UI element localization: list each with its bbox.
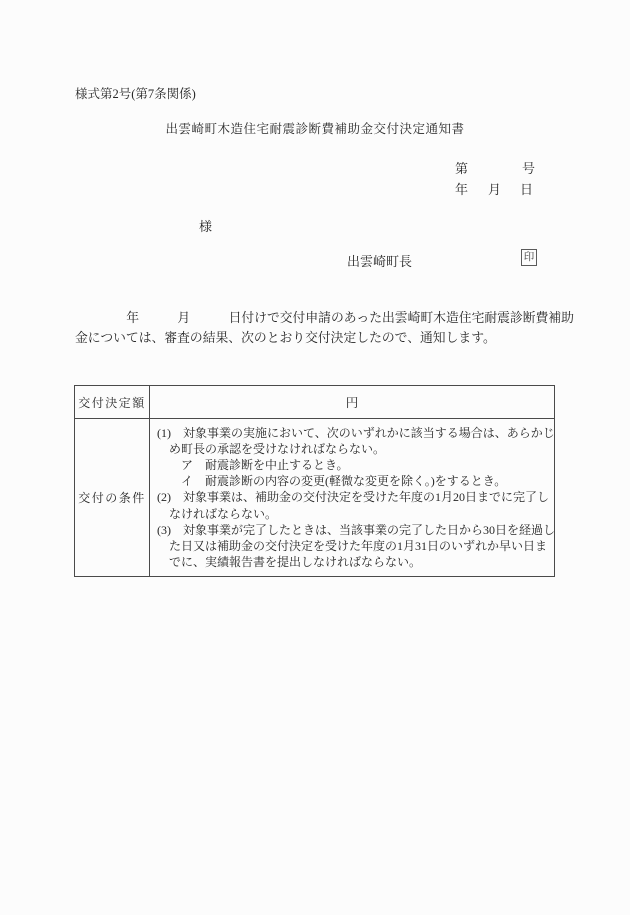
date-month-label: 月 [488, 179, 501, 198]
body-line-2: 金については、審査の結果、次のとおり交付決定したので、通知します。 [75, 328, 574, 348]
amount-value-cell: 円 [150, 386, 555, 419]
body-paragraph: 年 月 日付けで交付申請のあった出雲崎町木造住宅耐震診断費補助 金については、審… [75, 308, 574, 348]
form-number: 様式第2号(第7条関係) [75, 84, 196, 102]
amount-label-cell: 交付決定額 [75, 386, 150, 419]
condition-line: た日又は補助金の交付決定を受けた年度の1月31日のいずれか早い日ま [157, 538, 551, 554]
document-page: 様式第2号(第7条関係) 出雲崎町木造住宅耐震診断費補助金交付決定通知書 第 号… [0, 0, 630, 915]
issuer-title: 出雲崎町長 [347, 251, 412, 270]
condition-line: (1) 対象事業の実施において、次のいずれかに該当する場合は、あらかじ [157, 425, 551, 441]
condition-line: でに、実績報告書を提出しなければならない。 [157, 554, 551, 570]
condition-line: (3) 対象事業が完了したときは、当該事業の完了した日から30日を経過し [157, 522, 551, 538]
conditions-row: 交付の条件 (1) 対象事業の実施において、次のいずれかに該当する場合は、あらか… [75, 419, 555, 577]
condition-line: め町長の承認を受けなければならない。 [157, 441, 551, 457]
seal-stamp-icon: 印 [521, 249, 537, 266]
condition-line: なければならない。 [157, 506, 551, 522]
conditions-label-cell: 交付の条件 [75, 419, 150, 577]
addressee-honorific: 様 [199, 216, 212, 235]
doc-number-suffix: 号 [522, 158, 535, 177]
date-year-label: 年 [455, 179, 468, 198]
condition-line: ア 耐震診断を中止するとき。 [157, 457, 551, 473]
body-line-1: 年 月 日付けで交付申請のあった出雲崎町木造住宅耐震診断費補助 [75, 308, 574, 328]
document-title: 出雲崎町木造住宅耐震診断費補助金交付決定通知書 [0, 119, 630, 137]
condition-line: イ 耐震診断の内容の変更(軽微な変更を除く。)をするとき。 [157, 473, 551, 489]
amount-row: 交付決定額 円 [75, 386, 555, 419]
conditions-content-cell: (1) 対象事業の実施において、次のいずれかに該当する場合は、あらかじ め町長の… [150, 419, 555, 577]
doc-number-prefix: 第 [455, 158, 468, 177]
decision-table: 交付決定額 円 交付の条件 (1) 対象事業の実施において、次のいずれかに該当す… [74, 385, 555, 577]
date-day-label: 日 [520, 179, 533, 198]
condition-line: (2) 対象事業は、補助金の交付決定を受けた年度の1月20日までに完了し [157, 489, 551, 505]
